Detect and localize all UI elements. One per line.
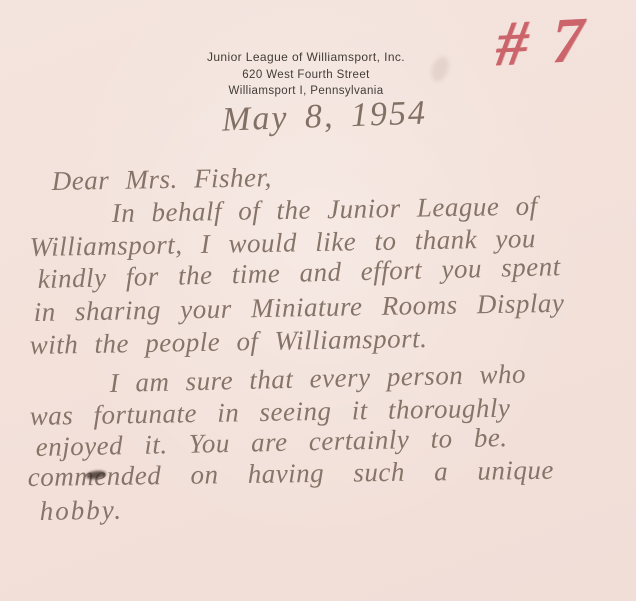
handwritten-line: with the people of Williamsport. bbox=[29, 323, 427, 361]
letter-body: Dear Mrs. Fisher, In behalf of the Junio… bbox=[0, 0, 636, 601]
salutation-line: Dear Mrs. Fisher, bbox=[51, 162, 272, 197]
handwritten-line: hobby. bbox=[39, 495, 123, 527]
handwritten-line: commended on having such a unique bbox=[28, 455, 555, 493]
handwritten-line: in sharing your Miniature Rooms Display bbox=[33, 288, 564, 328]
letter-paper: # 7 Junior League of Williamsport, Inc. … bbox=[0, 0, 636, 601]
